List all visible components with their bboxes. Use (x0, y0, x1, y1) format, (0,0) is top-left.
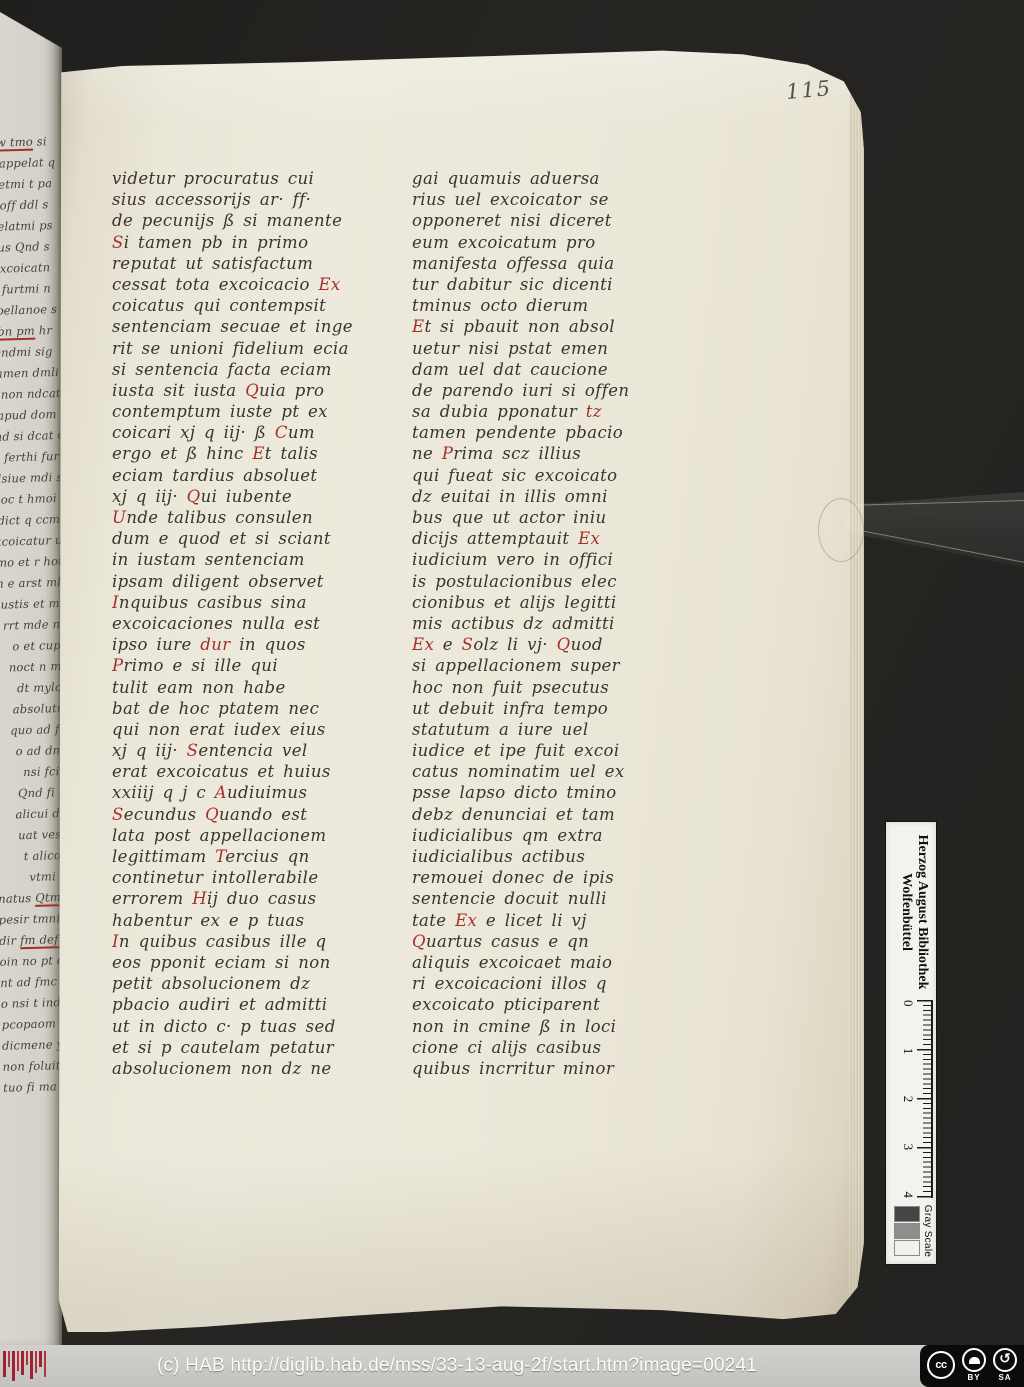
manuscript-line: eum excoicatum pro (412, 232, 700, 253)
manuscript-line: dicijs attemptauit Ex (412, 528, 700, 549)
manuscript-line: ne Prima scz illius (412, 443, 700, 464)
manuscript-line: tamen pendente pbacio (412, 422, 700, 443)
manuscript-line: bat de hoc ptatem nec (112, 698, 400, 719)
margin-fragment: natus Qtma (0, 887, 68, 910)
manuscript-line: et si p cautelam petatur (112, 1037, 400, 1058)
margin-fragment: rrt mde n (0, 614, 61, 637)
margin-fragment: aiustis et ms (0, 593, 60, 616)
ruler-institution-line1: Herzog August Bibliothek (914, 826, 930, 998)
margin-fragment: falsiue mdi s (0, 467, 56, 490)
manuscript-line: is postulacionibus elec (412, 571, 700, 592)
manuscript-line: tur dabitur sic dicenti (412, 274, 700, 295)
manuscript-line: Ex e Solz li vj· Quod (412, 634, 700, 655)
gray-scale-swatch (894, 1206, 920, 1222)
manuscript-line: continetur intollerabile (112, 867, 400, 888)
manuscript-line: opponeret nisi diceret (412, 210, 700, 231)
margin-fragment: ff apud dom l (0, 404, 55, 427)
manuscript-line: remouei donec de ipis (412, 867, 700, 888)
margin-fragment: vtmi q (0, 866, 68, 889)
copyright-url: (c) HAB http://diglib.hab.de/mss/33-13-a… (0, 1345, 914, 1387)
manuscript-line: gai quamuis aduersa (412, 168, 700, 189)
manuscript-line: qui non erat iudex eius (112, 719, 400, 740)
manuscript-page: 115 videtur procuratus cuisius accessori… (58, 48, 864, 1332)
gray-scale-swatch (894, 1240, 920, 1256)
margin-fragment: r excoicatn (0, 257, 51, 280)
scan-background: s Rw tmo sinsi appelat qrepetmi t pade o… (0, 0, 1024, 1387)
manuscript-line: erat excoicatus et huius (112, 761, 400, 782)
margin-fragment: o ad dm (0, 740, 64, 763)
manuscript-line: uetur nisi pstat emen (412, 338, 700, 359)
person-glyph (969, 1356, 980, 1364)
manuscript-line: hoc non fuit psecutus (412, 677, 700, 698)
manuscript-line: iusta sit iusta Quia pro (112, 380, 400, 401)
ruler-number: 2 (900, 1096, 916, 1103)
manuscript-line: contemptum iuste pt ex (112, 401, 400, 422)
margin-fragment: alicui dr (0, 803, 66, 826)
manuscript-line: sius accessorijs ar· ff· (112, 189, 400, 210)
manuscript-line: ipso iure dur in quos (112, 634, 400, 655)
manuscript-line: petit absolucionem dz (112, 973, 400, 994)
manuscript-line: cionibus et alijs legitti (412, 592, 700, 613)
manuscript-line: qui fueat sic excoicato (412, 465, 700, 486)
manuscript-line: Unde talibus consulen (112, 507, 400, 528)
margin-fragment: pmo et r hoi (0, 551, 59, 574)
margin-fragment: de off ddl s (0, 194, 49, 217)
manuscript-line: bus que ut actor iniu (412, 507, 700, 528)
manuscript-line: cione ci alijs casibus (412, 1037, 700, 1058)
margin-fragment: quo ad fi (0, 719, 64, 742)
ruler-number: 3 (900, 1144, 916, 1151)
previous-page-edge: s Rw tmo sinsi appelat qrepetmi t pade o… (0, 6, 62, 1346)
manuscript-line: excoicato pticiparent (412, 994, 700, 1015)
margin-fragment: dt mylo (0, 677, 62, 700)
manuscript-line: ri excoicacioni illos q (412, 973, 700, 994)
cc-license-by[interactable]: BY (962, 1348, 986, 1382)
margin-fragment: ics furtmi n (0, 278, 51, 301)
manuscript-line: mis actibus dz admitti (412, 613, 700, 634)
margin-fragment: noct n m (0, 656, 62, 679)
sa-label: SA (998, 1373, 1011, 1382)
margin-fragment: nsi fcit (0, 761, 65, 784)
gray-scale-label: Gray Scale (922, 1202, 933, 1260)
ruler-number: 4 (900, 1192, 916, 1199)
manuscript-line: Primo e si ille qui (112, 655, 400, 676)
manuscript-line: absolucionem non dz ne (112, 1058, 400, 1079)
by-label: BY (967, 1373, 980, 1382)
margin-fragment: on e arst mlu (0, 572, 59, 595)
ruler-institution-line2: Wolfenbüttel (898, 826, 914, 998)
page-stack-edges (849, 56, 864, 1298)
manuscript-line: videtur procuratus cui (112, 168, 400, 189)
manuscript-line: xj q iij· Sentencia vel (112, 740, 400, 761)
ruler-institution: Herzog August Bibliothek Wolfenbüttel (898, 826, 930, 998)
manuscript-line: Secundus Quando est (112, 804, 400, 825)
manuscript-line: tate Ex e licet li vj (412, 910, 700, 931)
margin-fragment: uat vest (0, 824, 66, 847)
sa-glyph: ↺ (999, 1351, 1011, 1367)
color-ruler: Herzog August Bibliothek Wolfenbüttel 01… (886, 822, 936, 1264)
manuscript-line: rit se unioni fidelium ecia (112, 338, 400, 359)
manuscript-line: pbacio audiri et admitti (112, 994, 400, 1015)
manuscript-line: debz denunciai et tam (412, 804, 700, 825)
margin-fragment: appellanoe s (0, 299, 52, 322)
margin-fragment: hoc t hmoi (0, 488, 57, 511)
manuscript-line: dz euitai in illis omni (412, 486, 700, 507)
ruler-scale-ticks (917, 1000, 933, 1198)
attribution-person-icon (962, 1348, 986, 1372)
margin-fragment: r Relatmi ps (0, 215, 49, 238)
manuscript-line: excoicaciones nulla est (112, 613, 400, 634)
manuscript-line: ipsam diligent observet (112, 571, 400, 592)
page-holder-loop (818, 498, 864, 562)
manuscript-line: non in cmine ß in loci (412, 1016, 700, 1037)
manuscript-line: In quibus casibus ille q (112, 931, 400, 952)
manuscript-line: statutum a iure uel (412, 719, 700, 740)
manuscript-line: psse lapso dicto tmino (412, 782, 700, 803)
manuscript-line: manifesta offessa quia (412, 253, 700, 274)
gray-scale-swatches (894, 1202, 920, 1260)
ruler-scale: 01234 (889, 1000, 933, 1198)
manuscript-line: catus nominatim uel ex (412, 761, 700, 782)
text-column-right: gai quamuis aduersarius uel excoicator s… (412, 168, 700, 1079)
margin-fragment: t alicor (0, 845, 67, 868)
margin-fragment: Qnd fi s (0, 782, 65, 805)
manuscript-line: Quartus casus e qn (412, 931, 700, 952)
margin-fragment: dir fm defint (0, 929, 69, 952)
manuscript-line: tulit eam non habe (112, 677, 400, 698)
margin-fragment: o et cup (0, 635, 61, 658)
gray-scale-swatch (894, 1223, 920, 1239)
manuscript-line: iudicialibus actibus (412, 846, 700, 867)
manuscript-line: iudice et ipe fuit excoi (412, 740, 700, 761)
margin-fragment: i tamen dmli (0, 362, 54, 385)
margin-fragment: pendmi sig (0, 341, 53, 364)
manuscript-line: si sentencia facta eciam (112, 359, 400, 380)
manuscript-line: cessat tota excoicacio Ex (112, 274, 400, 295)
cc-license-sa[interactable]: ↺ SA (993, 1348, 1017, 1382)
manuscript-line: rius uel excoicator se (412, 189, 700, 210)
margin-fragment: nsi appelat q (0, 152, 48, 175)
margin-fragment: absolutr (0, 698, 63, 721)
ruler-number: 1 (900, 1048, 916, 1055)
manuscript-line: iudicialibus qm extra (412, 825, 700, 846)
manuscript-line: dum e quod et si sciant (112, 528, 400, 549)
manuscript-line: de pecunijs ß si manente (112, 210, 400, 231)
manuscript-line: errorem Hij duo casus (112, 888, 400, 909)
margin-fragment: pesir tmni f (0, 908, 69, 931)
manuscript-line: xxiiij q j c Audiuimus (112, 782, 400, 803)
manuscript-line: quibus incrritur minor (412, 1058, 700, 1079)
margin-fragment: ua ferthi furm (0, 446, 56, 469)
text-column-left: videtur procuratus cuisius accessorijs a… (112, 168, 400, 1079)
folio-number: 115 (785, 76, 833, 104)
cc-license-badge[interactable]: cc BY ↺ SA (920, 1345, 1024, 1387)
manuscript-line: in iustam sentenciam (112, 549, 400, 570)
manuscript-line: xj q iij· Qui iubente (112, 486, 400, 507)
gray-scale: Gray Scale (887, 1202, 933, 1260)
manuscript-line: Et si pbauit non absol (412, 316, 700, 337)
cc-icon: cc (927, 1351, 955, 1379)
manuscript-line: habentur ex e p tuas (112, 910, 400, 931)
manuscript-line: Inquibus casibus sina (112, 592, 400, 613)
manuscript-line: eos pponit eciam si non (112, 952, 400, 973)
manuscript-line: de parendo iuri si offen (412, 380, 700, 401)
cc-icon-text: cc (935, 1359, 946, 1371)
manuscript-line: sa dubia pponatur tz (412, 401, 700, 422)
cc-license-cc[interactable]: cc (927, 1348, 955, 1379)
manuscript-line: ergo et ß hinc Et talis (112, 443, 400, 464)
manuscript-line: lata post appellacionem (112, 825, 400, 846)
margin-fragment: s Rw tmo si (0, 131, 47, 154)
manuscript-line: iudicium vero in offici (412, 549, 700, 570)
manuscript-line: ut in dicto c· p tuas sed (112, 1016, 400, 1037)
share-alike-arrow-icon: ↺ (993, 1348, 1017, 1372)
manuscript-line: tminus octo dierum (412, 295, 700, 316)
margin-fragment: r bn pm hr (0, 320, 52, 343)
manuscript-line: reputat ut satisfactum (112, 253, 400, 274)
ruler-content: Herzog August Bibliothek Wolfenbüttel 01… (886, 822, 936, 1264)
margin-fragment: excoicatur ut (0, 530, 58, 553)
manuscript-line: dam uel dat caucione (412, 359, 700, 380)
manuscript-line: coicatus qui contempsit (112, 295, 400, 316)
margin-fragment: Qnd si dcat c (0, 425, 55, 448)
margin-fragment: z dict q ccmi (0, 509, 58, 532)
manuscript-line: sentencie docuit nulli (412, 888, 700, 909)
margin-fragment: repetmi t pa (0, 173, 48, 196)
manuscript-line: ut debuit infra tempo (412, 698, 700, 719)
margin-fragment: inus Qnd s (0, 236, 50, 259)
margin-fragment: sa non ndcat (0, 383, 54, 406)
footer-bar: (c) HAB http://diglib.hab.de/mss/33-13-a… (0, 1345, 1024, 1387)
manuscript-line: coicari xj q iij· ß Cum (112, 422, 400, 443)
manuscript-line: si appellacionem super (412, 655, 700, 676)
ruler-scale-numbers: 01234 (900, 1000, 916, 1198)
manuscript-line: aliquis excoicaet maio (412, 952, 700, 973)
ruler-number: 0 (900, 1000, 916, 1007)
manuscript-line: sentenciam secuae et inge (112, 316, 400, 337)
manuscript-line: eciam tardius absoluet (112, 465, 400, 486)
manuscript-line: Si tamen pb in primo (112, 232, 400, 253)
manuscript-line: legittimam Tercius qn (112, 846, 400, 867)
